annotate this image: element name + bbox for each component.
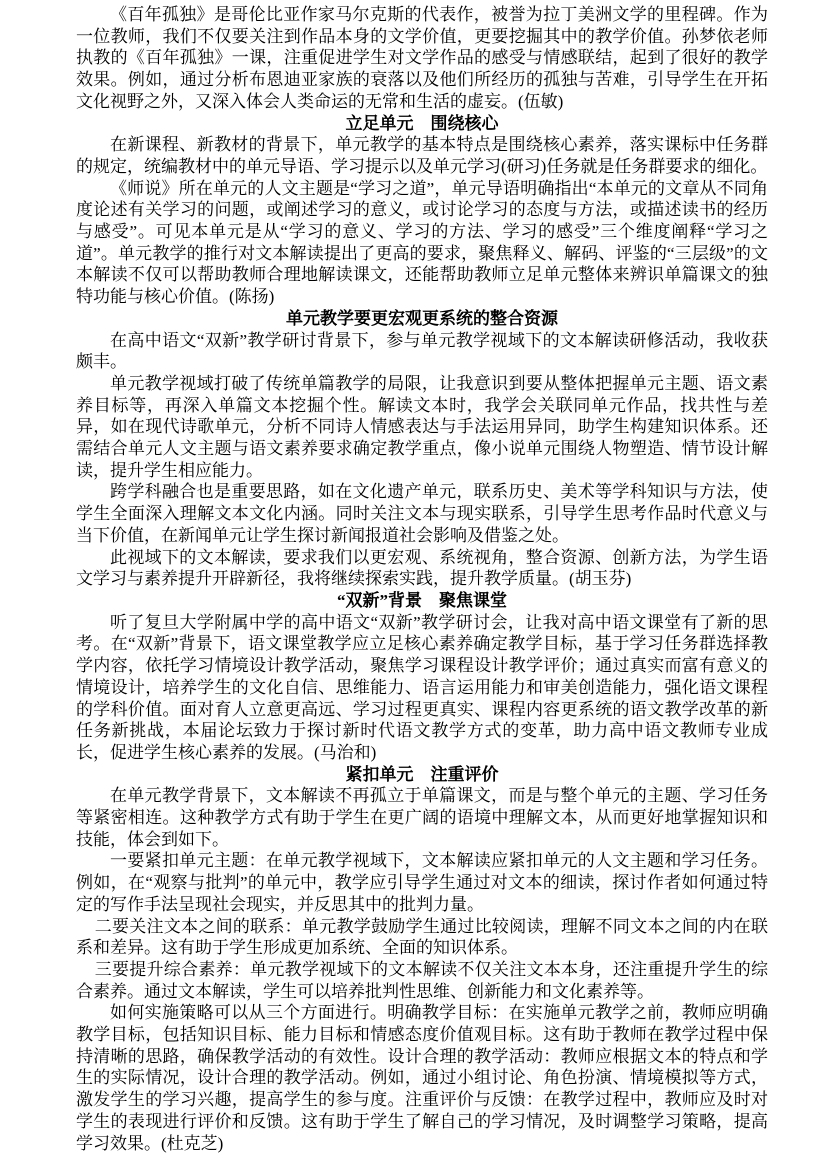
section-heading-unit-evaluation: 紧扣单元 注重评价 — [76, 764, 768, 786]
paragraph: 一要紧扣单元主题：在单元教学视域下，文本解读应紧扣单元的人文主题和学习任务。例如… — [76, 850, 768, 915]
paragraph: 三要提升综合素养：单元教学视域下的文本解读不仅关注文本本身，还注重提升学生的综合… — [76, 959, 768, 1002]
document-content: 《百年孤独》是哥伦比亚作家马尔克斯的代表作，被誉为拉丁美洲文学的里程碑。作为一位… — [76, 4, 768, 1154]
paragraph: 《百年孤独》是哥伦比亚作家马尔克斯的代表作，被誉为拉丁美洲文学的里程碑。作为一位… — [76, 4, 768, 113]
paragraph: 如何实施策略可以从三个方面进行。明确教学目标：在实施单元教学之前，教师应明确教学… — [76, 1002, 768, 1154]
document-page: 《百年孤独》是哥伦比亚作家马尔克斯的代表作，被誉为拉丁美洲文学的里程碑。作为一位… — [0, 0, 827, 1170]
paragraph: 单元教学视域打破了传统单篇教学的局限，让我意识到要从整体把握单元主题、语文素养目… — [76, 373, 768, 482]
section-heading-shuangxin-classroom: “双新”背景 聚焦课堂 — [76, 590, 768, 612]
section-heading-unit-core: 立足单元 围绕核心 — [76, 113, 768, 135]
section-unit-evaluation: 紧扣单元 注重评价 在单元教学背景下，文本解读不再孤立于单篇课文，而是与整个单元… — [76, 764, 768, 1155]
paragraph: 此视域下的文本解读，要求我们以更宏观、系统视角，整合资源、创新方法，为学生语文学… — [76, 547, 768, 590]
paragraph: 《师说》所在单元的人文主题是“学习之道”，单元导语明确指出“本单元的文章从不同角… — [76, 178, 768, 308]
paragraph: 跨学科融合也是重要思路，如在文化遗产单元，联系历史、美术等学科知识与方法，使学生… — [76, 481, 768, 546]
paragraph: 在单元教学背景下，文本解读不再孤立于单篇课文，而是与整个单元的主题、学习任务等紧… — [76, 785, 768, 850]
paragraph: 二要关注文本之间的联系：单元教学鼓励学生通过比较阅读，理解不同文本之间的内在联系… — [76, 916, 768, 959]
paragraph: 在新课程、新教材的背景下，单元教学的基本特点是围绕核心素养，落实课标中任务群的规… — [76, 134, 768, 177]
section-unit-core: 立足单元 围绕核心 在新课程、新教材的背景下，单元教学的基本特点是围绕核心素养，… — [76, 113, 768, 308]
paragraph: 在高中语文“双新”教学研讨背景下，参与单元教学视域下的文本解读研修活动，我收获颇… — [76, 330, 768, 373]
section-integrate-resources: 单元教学要更宏观更系统的整合资源 在高中语文“双新”教学研讨背景下，参与单元教学… — [76, 308, 768, 590]
paragraph: 听了复旦大学附属中学的高中语文“双新”教学研讨会，让我对高中语文课堂有了新的思考… — [76, 612, 768, 764]
section-intro: 《百年孤独》是哥伦比亚作家马尔克斯的代表作，被誉为拉丁美洲文学的里程碑。作为一位… — [76, 4, 768, 113]
section-heading-integrate-resources: 单元教学要更宏观更系统的整合资源 — [76, 308, 768, 330]
section-shuangxin-classroom: “双新”背景 聚焦课堂 听了复旦大学附属中学的高中语文“双新”教学研讨会，让我对… — [76, 590, 768, 764]
